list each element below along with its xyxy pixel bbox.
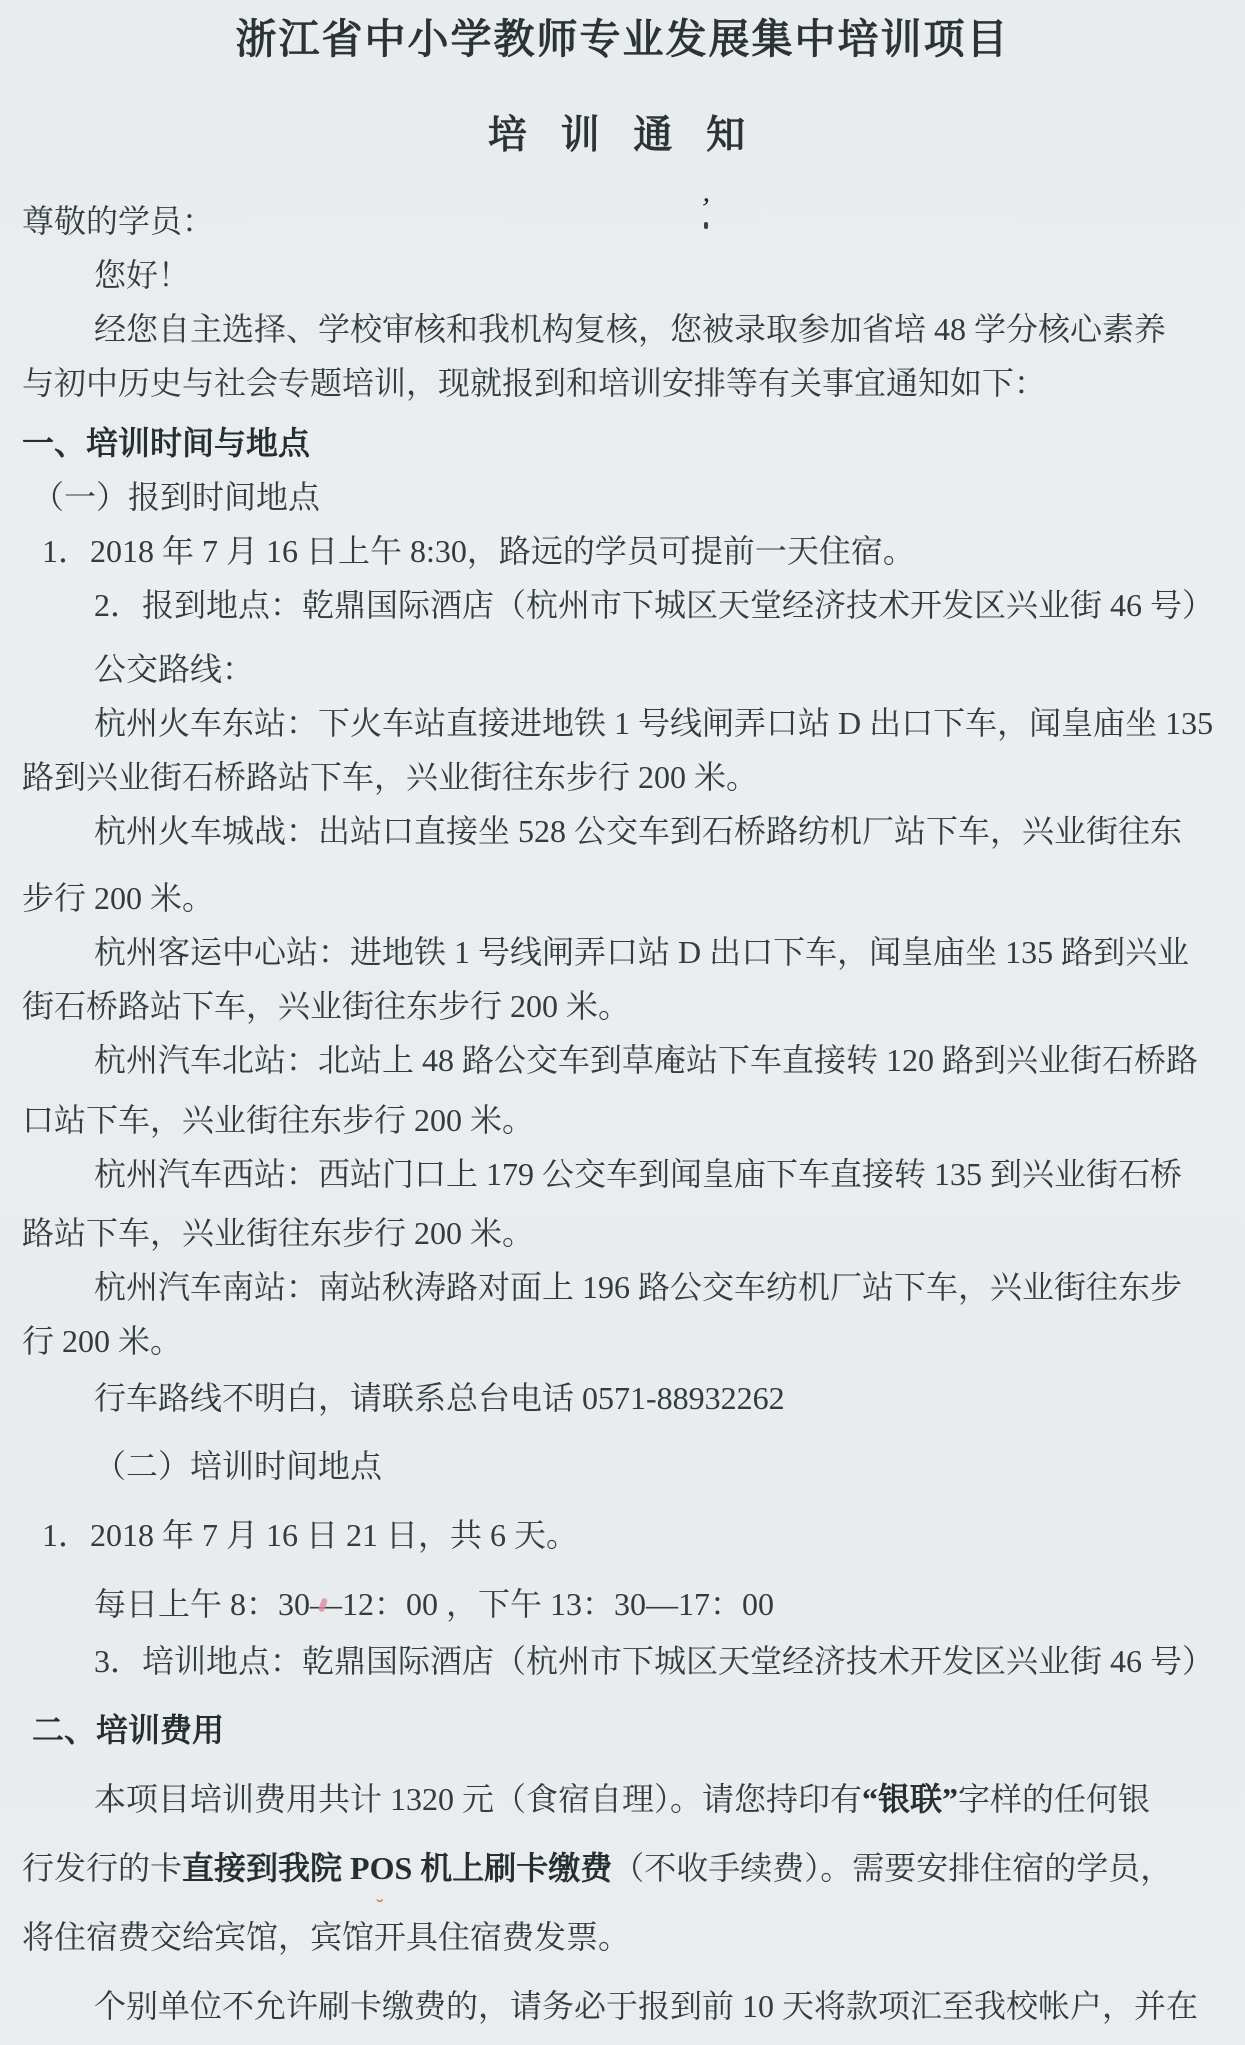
subheading-report-time: （一）报到时间地点 bbox=[22, 470, 1229, 524]
greeting-line: 您好！ bbox=[22, 248, 1229, 302]
route-north-station-line: 杭州汽车北站：北站上 48 路公交车到草庵站下车直接转 120 路到兴业街石桥路 bbox=[22, 1033, 1229, 1087]
route-east-station-line: 杭州火车东站：下火车站直接进地铁 1 号线闸弄口站 D 出口下车，闻皇庙坐 13… bbox=[22, 696, 1229, 750]
payment-method-text: （不收手续费）。需要安排住宿的学员， bbox=[612, 1850, 1172, 1886]
section-1-heading: 一、培训时间与地点 bbox=[22, 416, 1229, 470]
document-body: 尊敬的学员： 您好！ 经您自主选择、学校审核和我机构复核，您被录取参加省培 48… bbox=[0, 194, 1245, 2041]
unionpay-bold-text: “银联” bbox=[862, 1781, 958, 1817]
payment-method-line: 行发行的卡直接到我院 POS 机上刷卡缴费（不收手续费）。需要安排住宿的学员， bbox=[22, 1834, 1229, 1903]
route-city-station-line: 杭州火车城战：出站口直接坐 528 公交车到石桥路纺机厂站下车，兴业街往东 bbox=[22, 804, 1229, 858]
route-city-station-line: 步行 200 米。 bbox=[22, 871, 1229, 925]
contact-phone-line: 行车路线不明白，请联系总台电话 0571-88932262 bbox=[22, 1371, 1229, 1425]
route-west-station-line: 路站下车，兴业街往东步行 200 米。 bbox=[22, 1206, 1229, 1260]
route-south-station-line: 行 200 米。 bbox=[22, 1314, 1229, 1368]
payment-method-text: 行发行的卡 bbox=[22, 1850, 182, 1886]
route-north-station-line: 口站下车，兴业街往东步行 200 米。 bbox=[22, 1093, 1229, 1147]
salutation-line: 尊敬的学员： bbox=[22, 194, 1229, 248]
report-location-line: 2．报到地点：乾鼎国际酒店（杭州市下城区天堂经济技术开发区兴业街 46 号） bbox=[22, 578, 1229, 632]
route-east-station-line: 路到兴业街石桥路站下车，兴业街往东步行 200 米。 bbox=[22, 750, 1229, 804]
pos-payment-bold-text: 直接到我院 POS 机上刷卡缴费 bbox=[182, 1850, 612, 1886]
route-passenger-center-line: 街石桥路站下车，兴业街往东步行 200 米。 bbox=[22, 979, 1229, 1033]
training-location-line: 3．培训地点：乾鼎国际酒店（杭州市下城区天堂经济技术开发区兴业街 46 号） bbox=[22, 1627, 1229, 1696]
training-dates-line: 1．2018 年 7 月 16 日 21 日，共 6 天。 bbox=[22, 1501, 1229, 1570]
document-subtitle: 培 训 通 知 bbox=[0, 111, 1245, 161]
report-time-line: 1．2018 年 7 月 16 日上午 8:30，路远的学员可提前一天住宿。 bbox=[22, 524, 1229, 578]
fee-amount-text: 本项目培训费用共计 1320 元（食宿自理）。请您持印有 bbox=[94, 1781, 862, 1817]
route-south-station-line: 杭州汽车南站：南站秋涛路对面上 196 路公交车纺机厂站下车，兴业街往东步 bbox=[22, 1260, 1229, 1314]
subheading-training-time: （二）培训时间地点 bbox=[22, 1432, 1229, 1501]
document-title: 浙江省中小学教师专业发展集中培训项目 bbox=[0, 0, 1245, 64]
lodging-invoice-line: 将住宿费交给宾馆，宾馆开具住宿费发票。 bbox=[22, 1903, 1229, 1972]
intro-line: 与初中历史与社会专题培训，现就报到和培训安排等有关事宜通知如下： bbox=[22, 356, 1229, 410]
intro-line: 经您自主选择、学校审核和我机构复核，您被录取参加省培 48 学分核心素养 bbox=[22, 302, 1229, 356]
scanned-document-page: 浙江省中小学教师专业发展集中培训项目 培 训 通 知 ʼ ˘ 尊敬的学员： 您好… bbox=[0, 0, 1245, 2045]
bank-transfer-line: 个别单位不允许刷卡缴费的，请务必于报到前 10 天将款项汇至我校帐户，并在 bbox=[22, 1972, 1229, 2041]
fee-amount-line: 本项目培训费用共计 1320 元（食宿自理）。请您持印有“银联”字样的任何银 bbox=[22, 1765, 1229, 1834]
route-passenger-center-line: 杭州客运中心站：进地铁 1 号线闸弄口站 D 出口下车，闻皇庙坐 135 路到兴… bbox=[22, 925, 1229, 979]
bus-routes-heading: 公交路线： bbox=[22, 642, 1229, 696]
route-west-station-line: 杭州汽车西站：西站门口上 179 公交车到闻皇庙下车直接转 135 到兴业街石桥 bbox=[22, 1147, 1229, 1201]
section-2-heading: 二、培训费用 bbox=[22, 1696, 1229, 1765]
fee-amount-text: 字样的任何银 bbox=[958, 1781, 1150, 1817]
